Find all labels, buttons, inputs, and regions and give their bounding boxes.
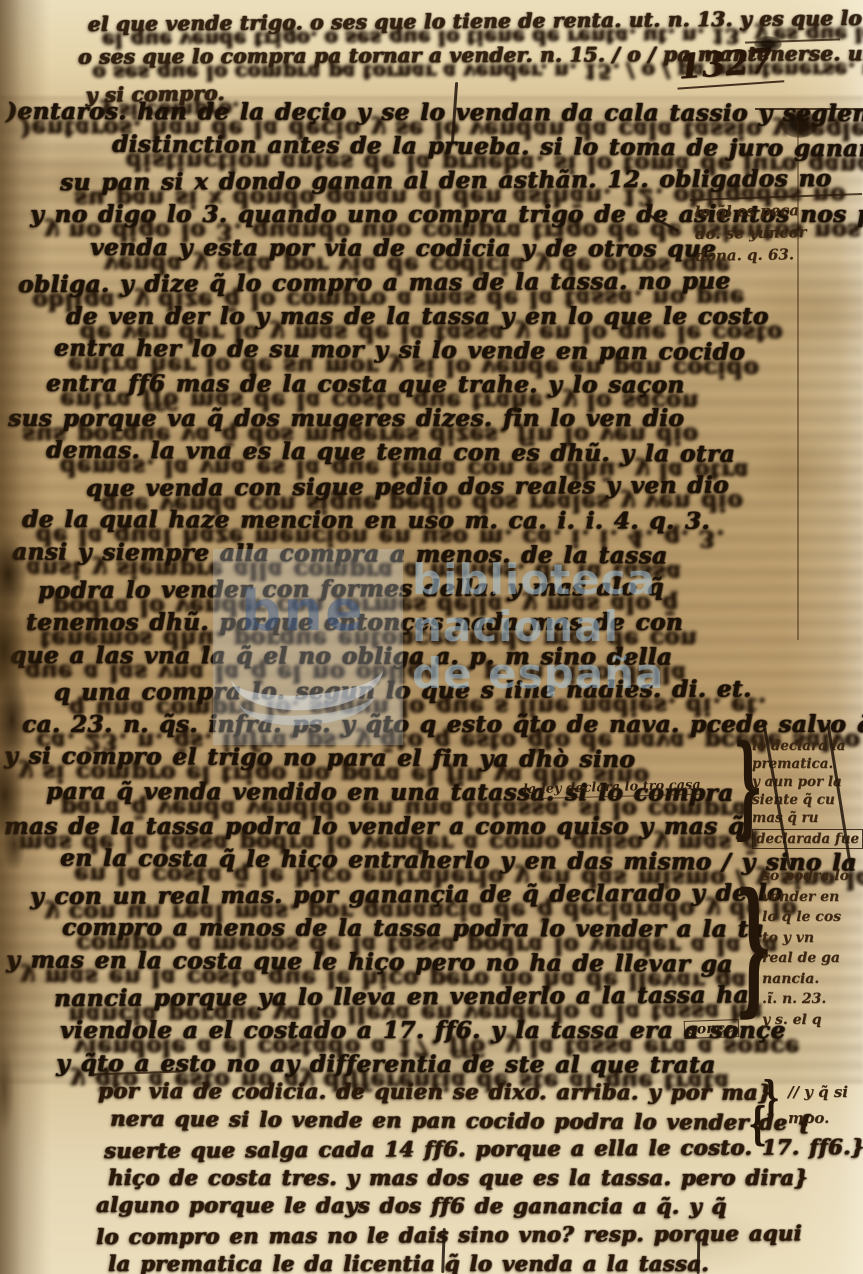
body-line: )entaros. han de la deçio y se lo vendan…: [6, 95, 862, 131]
margin-note-line: lo q̃ le cos: [762, 907, 849, 928]
margin-note-line: .ĩ. n. 23.: [762, 989, 849, 1010]
body-line: su pan si x dondo ganan al den asthãn. 1…: [60, 162, 862, 200]
margin-note-vender: so podra lovender enlo q̃ le costo y vnr…: [762, 866, 849, 1030]
body-line: de la qual haze mencion en uso m. ca. i.…: [22, 503, 862, 539]
boxed-word: sonçe: [684, 1019, 739, 1039]
margin-note-line: do. se yuncor: [695, 221, 807, 245]
body-line: de ven der lo y mas de la tassa y en lo …: [66, 300, 862, 334]
footer-line: suerte que salga cada 14 ff6. porque a e…: [104, 1133, 863, 1166]
body-line: q una compra lo. segun lo que s line nad…: [54, 672, 862, 710]
footer-line: alguno porque le days dos ff6 de gananci…: [96, 1191, 863, 1222]
body-line: que venda con sigue pedio dos reales y v…: [86, 468, 862, 506]
margin-note-line: lo q̃l es peca: [694, 199, 806, 223]
body-line: ansi y siempre alla compra a menos. de l…: [12, 535, 862, 574]
body-line: distinction antes de la prueba. si lo to…: [112, 128, 862, 167]
manuscript-page: el que vende trigo. o ses que lo tiene d…: [0, 0, 863, 1274]
body-line: sus porque va q̃ dos mugeres dizes. fin …: [8, 402, 862, 436]
body-line: entra her lo de su mor y si lo vende en …: [54, 332, 862, 371]
margin-note-line: vender en: [762, 887, 849, 908]
margin-note-pecado: lo q̃l es pecado. se yuncordona. q. 63.: [694, 199, 807, 267]
body-line: demas. la vna es la que tema con es dhũ.…: [46, 434, 862, 473]
margin-note-line: siente q̃ cu: [752, 791, 863, 809]
body-line: entra ff6 mas de la costa que trahe. y l…: [46, 367, 862, 403]
body-line: podra lo vender con formes della. y mas …: [38, 570, 862, 608]
margin-note-line: real de ga: [762, 948, 849, 969]
margin-note-line: y s. el q: [762, 1010, 849, 1031]
footer-line: por via de codicia. de quien se dixo. ar…: [98, 1077, 863, 1108]
body-line: tenemos dhũ. porque entonçes nada mas de…: [26, 606, 862, 640]
footer-line: la prematica le da licentia q̃ lo venda …: [108, 1250, 863, 1274]
footer-text: por via de codicia. de quien se dixo. ar…: [84, 1078, 863, 1274]
margin-note-line: so podra lo: [762, 866, 849, 887]
margin-note-line: to y vn: [762, 928, 849, 949]
margin-note-line: mas q̃ ru: [752, 809, 863, 827]
footer-line: lo compro en mas no le dais sino vno? re…: [96, 1219, 863, 1252]
margin-note-line: dona. q. 63.: [695, 243, 807, 267]
body-line: que a las vna la q̃ el no obliga a. p. m…: [10, 639, 862, 675]
pen-stroke: [697, 1238, 701, 1274]
margin-note-line: nancia.: [762, 969, 849, 990]
body-line: obliga. y dize q̃ lo compro a mas de la …: [18, 264, 862, 302]
body-line: y mas en la costa que le hiço pero no ha…: [6, 943, 862, 982]
margin-note-line: y aun por la: [752, 773, 863, 791]
footer-line: nera que si lo vende en pan cocido podra…: [110, 1104, 863, 1137]
header-line: el que vende trigo. o ses que lo tiene d…: [88, 5, 858, 45]
footer-line: hiço de costa tres. y mas dos que es la …: [108, 1164, 863, 1193]
ink-blot: [754, 36, 782, 52]
